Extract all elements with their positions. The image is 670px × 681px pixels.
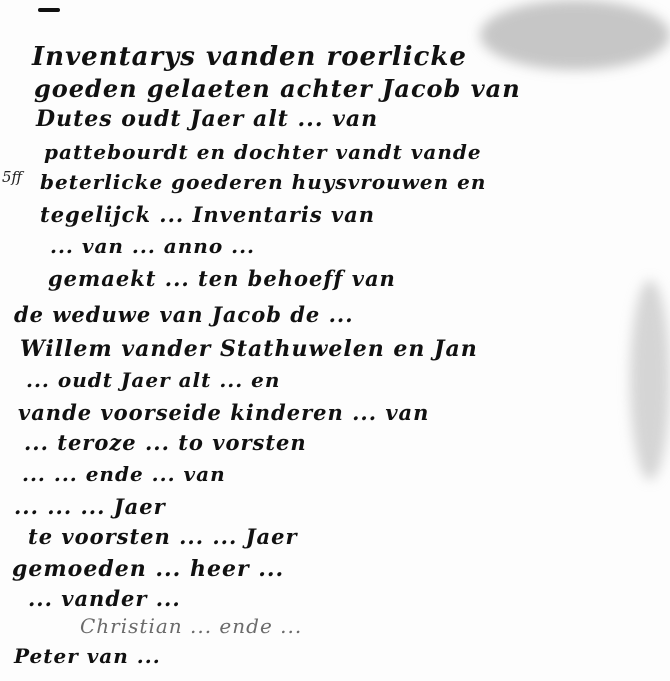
manuscript-line: goeden gelaeten achter Jacob van [34,74,521,103]
stain-right-edge [630,280,670,480]
manuscript-line: Peter van ... [14,644,161,668]
manuscript-line: gemoeden ... heer ... [12,556,284,582]
flourish [38,8,60,12]
manuscript-line: ... ... ... Jaer [14,494,166,519]
stain-top-right [480,0,670,70]
manuscript-line: pattebourdt en dochter vandt vande [44,140,482,164]
manuscript-line: Willem vander Stathuwelen en Jan [20,336,478,362]
manuscript-line: ... teroze ... to vorsten [24,430,307,455]
manuscript-line: Inventarys vanden roerlicke [32,42,467,72]
manuscript-line: gemaekt ... ten behoeff van [48,266,396,291]
manuscript-line: de weduwe van Jacob de ... [14,302,354,327]
manuscript-line: ... oudt Jaer alt ... en [26,368,280,392]
manuscript-page: 5ff Inventarys vanden roerlicke goeden g… [0,0,670,681]
manuscript-line: tegelijck ... Inventaris van [40,202,375,227]
manuscript-line: Christian ... ende ... [80,614,302,638]
manuscript-line: ... vander ... [28,586,181,611]
manuscript-line: ... van ... anno ... [50,234,255,258]
manuscript-line: Dutes oudt Jaer alt ... van [36,106,378,132]
manuscript-line: vande voorseide kinderen ... van [18,400,429,425]
manuscript-line: ... ... ende ... van [22,462,226,486]
manuscript-line: beterlicke goederen huysvrouwen en [40,170,486,194]
margin-note: 5ff [2,168,22,186]
manuscript-line: te voorsten ... ... Jaer [28,524,298,549]
